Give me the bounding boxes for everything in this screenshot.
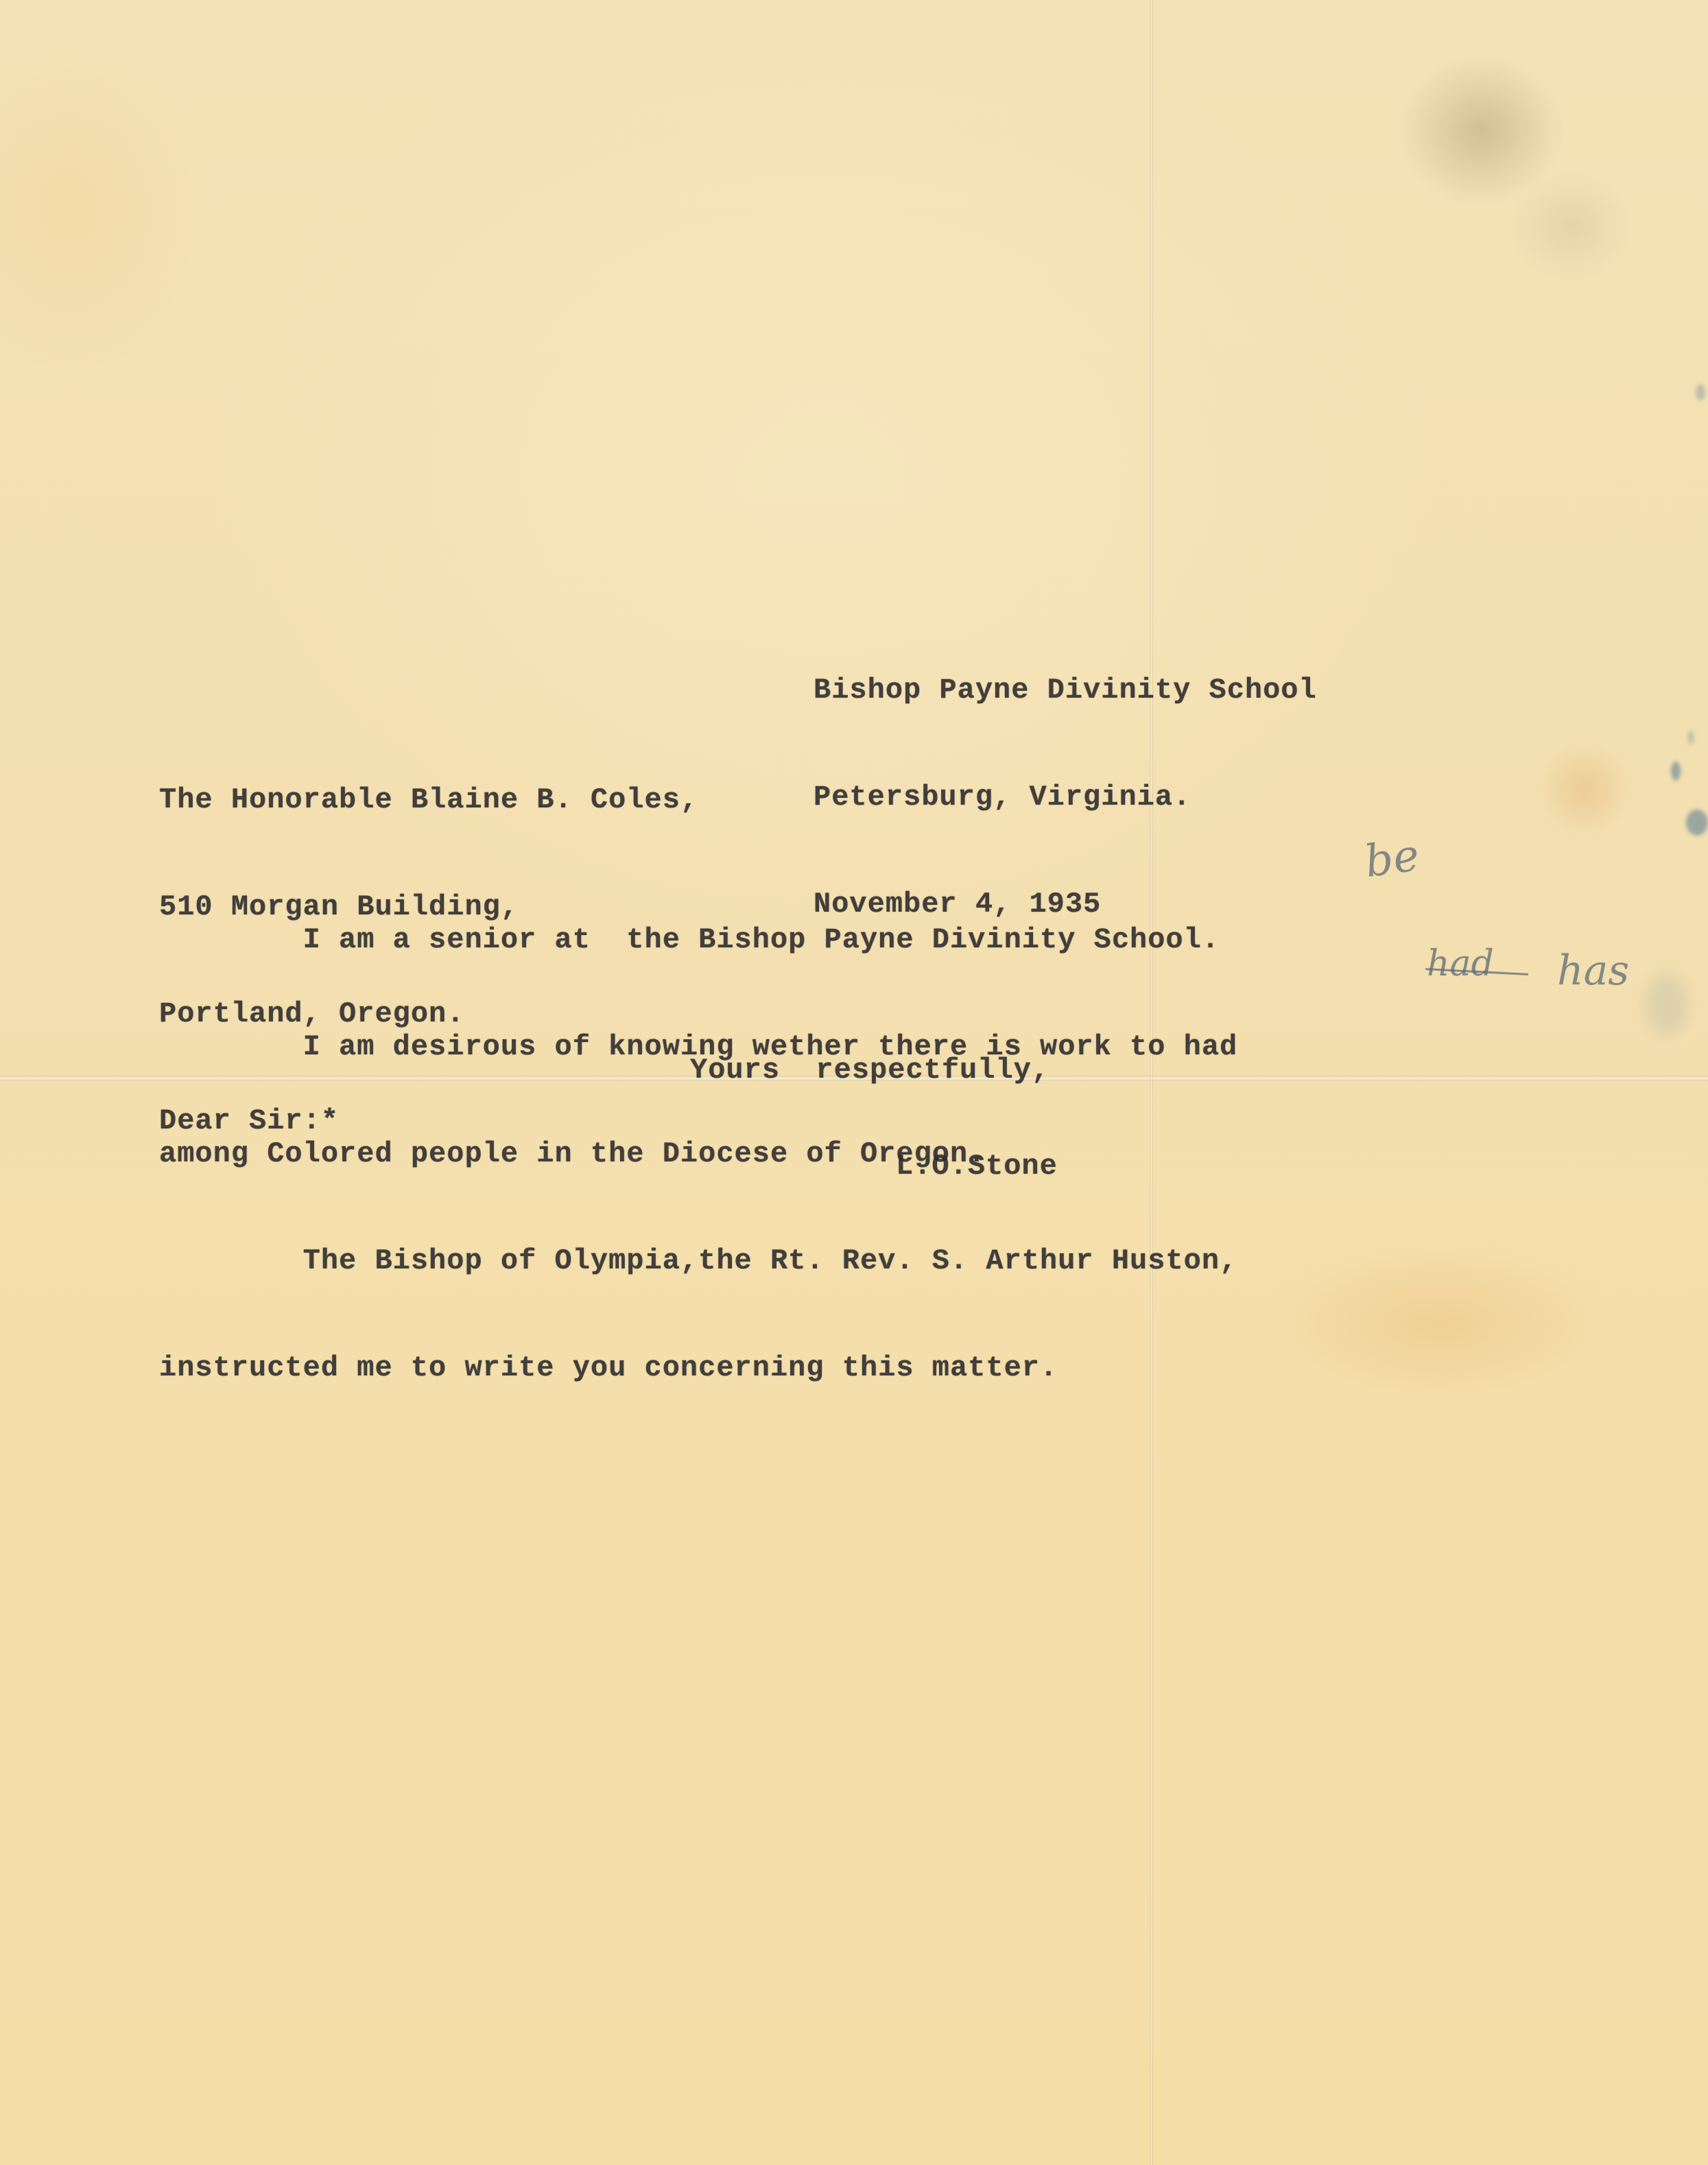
ink-stain [1687,731,1694,744]
ink-stain [1686,809,1708,836]
school-name: Bishop Payne Divinity School [814,672,1317,708]
typed-signature: L.O.Stone [896,1148,1058,1184]
handwritten-replacement: has [1557,947,1629,995]
complimentary-closing: Yours respectfully, [690,1052,1049,1088]
ink-stain [1671,761,1681,781]
handwritten-insertion: be [1362,830,1422,888]
body-line: instructed me to write you concerning th… [159,1350,1237,1386]
school-location: Petersburg, Virginia. [814,779,1317,815]
ink-stain [1646,974,1687,1036]
ink-stain [1696,384,1705,401]
letter-body: I am a senior at the Bishop Payne Divini… [159,851,1237,1421]
body-line: among Colored people in the Diocese of O… [159,1136,1237,1172]
recipient-name: The Honorable Blaine B. Coles, [159,782,698,818]
body-line: The Bishop of Olympia,the Rt. Rev. S. Ar… [159,1243,1237,1279]
body-line: I am a senior at the Bishop Payne Divini… [159,922,1237,958]
handwritten-struck-word: had [1427,943,1494,984]
